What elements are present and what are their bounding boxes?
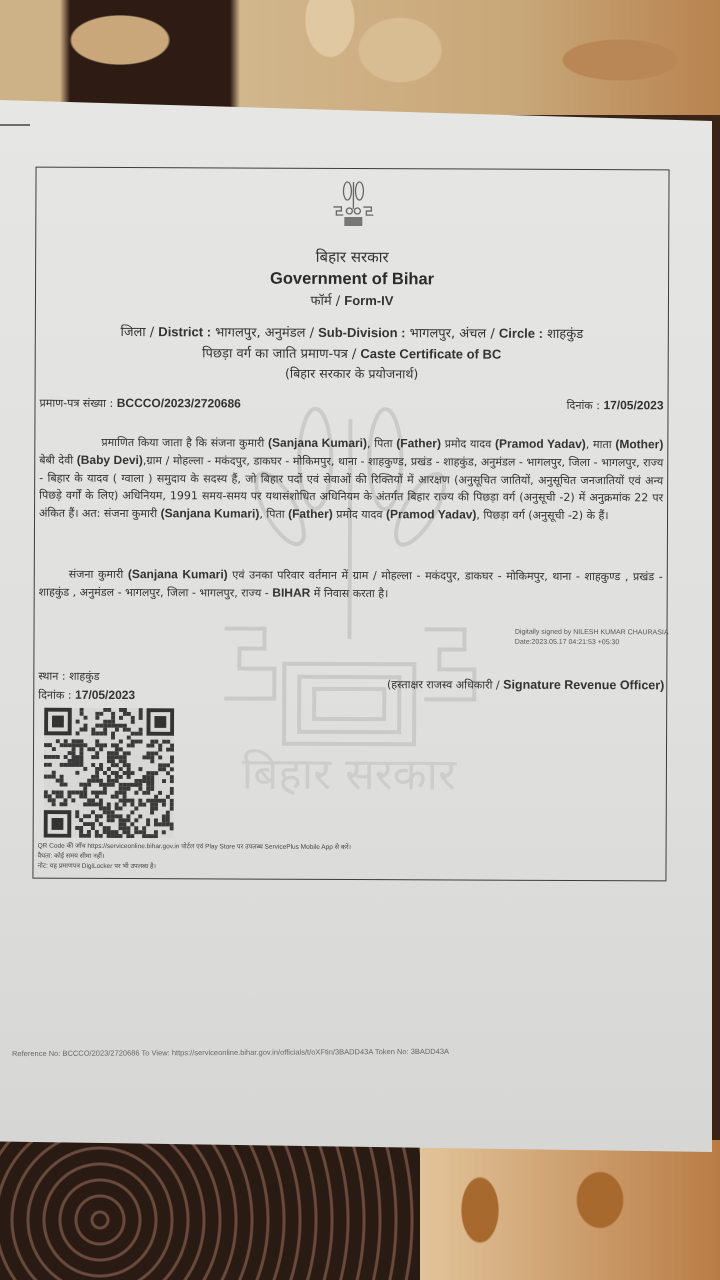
qr-code-icon[interactable] — [44, 708, 175, 839]
certificate-number: प्रमाण-पत्र संख्या : BCCCO/2023/2720686 — [39, 397, 240, 411]
title-hindi: बिहार सरकार — [36, 246, 668, 269]
digital-signature: Digitally signed by NILESH KUMAR CHAURAS… — [515, 628, 669, 649]
certificate-purpose: (बिहार सरकार के प्रयोजनार्थ) — [36, 364, 668, 384]
certificate-body-paragraph-2: संजना कुमारी (Sanjana Kumari) एवं उनका प… — [39, 566, 663, 604]
form-number: फॉर्म / Form-IV — [36, 290, 668, 311]
svg-text:बिहार सरकार: बिहार सरकार — [242, 749, 457, 800]
paper-edge-mark — [0, 124, 30, 126]
issue-date: दिनांक : 17/05/2023 — [38, 686, 135, 705]
issue-place-date: स्थान : शाहकुंड दिनांक : 17/05/2023 — [38, 668, 135, 705]
title-english: Government of Bihar — [36, 269, 668, 291]
certificate-type: पिछड़ा वर्ग का जाति प्रमाण-पत्र / Caste … — [36, 343, 668, 364]
fabric-background-top — [0, 0, 720, 115]
verification-notes: QR Code की जाँच https://serviceonline.bi… — [37, 842, 351, 873]
certificate-date: दिनांक : 17/05/2023 — [567, 398, 664, 413]
fabric-background-bottom-right — [420, 1140, 720, 1280]
bihar-emblem-icon — [331, 179, 375, 229]
signature-designation: (हस्ताक्षर राजस्व अधिकारी / Signature Re… — [387, 677, 664, 693]
district-line: जिला / District : भागलपुर, अनुमंडल / Sub… — [36, 322, 668, 343]
certificate-number-row: प्रमाण-पत्र संख्या : BCCCO/2023/2720686 … — [39, 396, 663, 414]
issue-place: स्थान : शाहकुंड — [38, 668, 135, 686]
certificate-frame: बिहार सरकार बिहार सरकार Government of Bi… — [32, 167, 669, 882]
certificate-body-paragraph-1: प्रमाणित किया जाता है कि संजना कुमारी (S… — [39, 434, 663, 526]
